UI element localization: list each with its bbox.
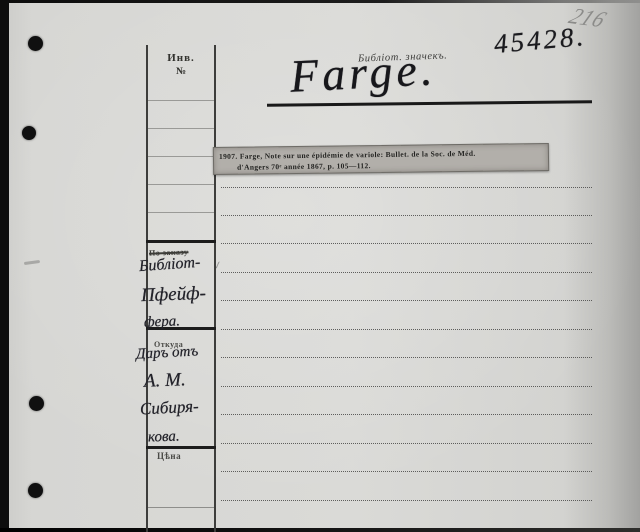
handwritten-entry: Пфейф-: [141, 283, 207, 307]
pencil-smudge: [24, 260, 40, 265]
dotted-rule: [221, 443, 592, 444]
punch-hole: [22, 126, 36, 140]
inventory-header-line1: Инв.: [146, 51, 216, 65]
column-rule: [148, 128, 214, 129]
handwritten-entry: кова.: [148, 428, 180, 446]
field-label-price: Цѣна: [157, 451, 181, 461]
handwritten-entry: А. М.: [144, 369, 186, 392]
dotted-rule: [221, 243, 592, 244]
column-rule: [148, 100, 214, 101]
inventory-column-header: Инв. №: [146, 51, 216, 79]
handwritten-entry: Сибиря-: [140, 396, 200, 419]
column-rule: [148, 156, 214, 157]
scan-edge-bottom: [0, 528, 640, 532]
scan-edge-top: [0, 0, 640, 3]
dotted-rule: [221, 329, 592, 330]
dotted-rule: [221, 500, 592, 501]
inventory-header-line2: №: [146, 65, 216, 79]
dotted-rule: [221, 357, 592, 358]
scan-edge-left: [0, 0, 9, 532]
column-line-right: [214, 45, 216, 532]
handwritten-entry: фера.: [144, 313, 181, 331]
dotted-rule: [221, 300, 592, 301]
catalog-card-scan: ✓ Инв. № По заказу Библіот- Пфейф- фера.…: [0, 0, 640, 532]
title-handwritten: Farge.: [289, 42, 438, 103]
dotted-rule: [221, 187, 592, 188]
dotted-rule: [221, 471, 592, 472]
handwritten-entry: Библіот-: [138, 254, 200, 276]
column-rule-thick: [146, 446, 216, 449]
column-rule: [148, 184, 214, 185]
punch-hole: [29, 396, 44, 411]
handwritten-entry: Даръ отъ: [136, 343, 199, 363]
column-rule: [148, 212, 214, 213]
punch-hole: [28, 36, 43, 51]
dotted-rule: [221, 272, 592, 273]
punch-hole: [28, 483, 43, 498]
pencil-page-number: 216: [564, 3, 612, 33]
dotted-rule: [221, 215, 592, 216]
column-rule: [148, 507, 214, 508]
pasted-bibliography-label: 1907. Farge, Note sur une épidémie de va…: [213, 143, 549, 175]
column-rule-thick: [146, 240, 216, 243]
dotted-rule: [221, 414, 592, 415]
dotted-rule: [221, 386, 592, 387]
